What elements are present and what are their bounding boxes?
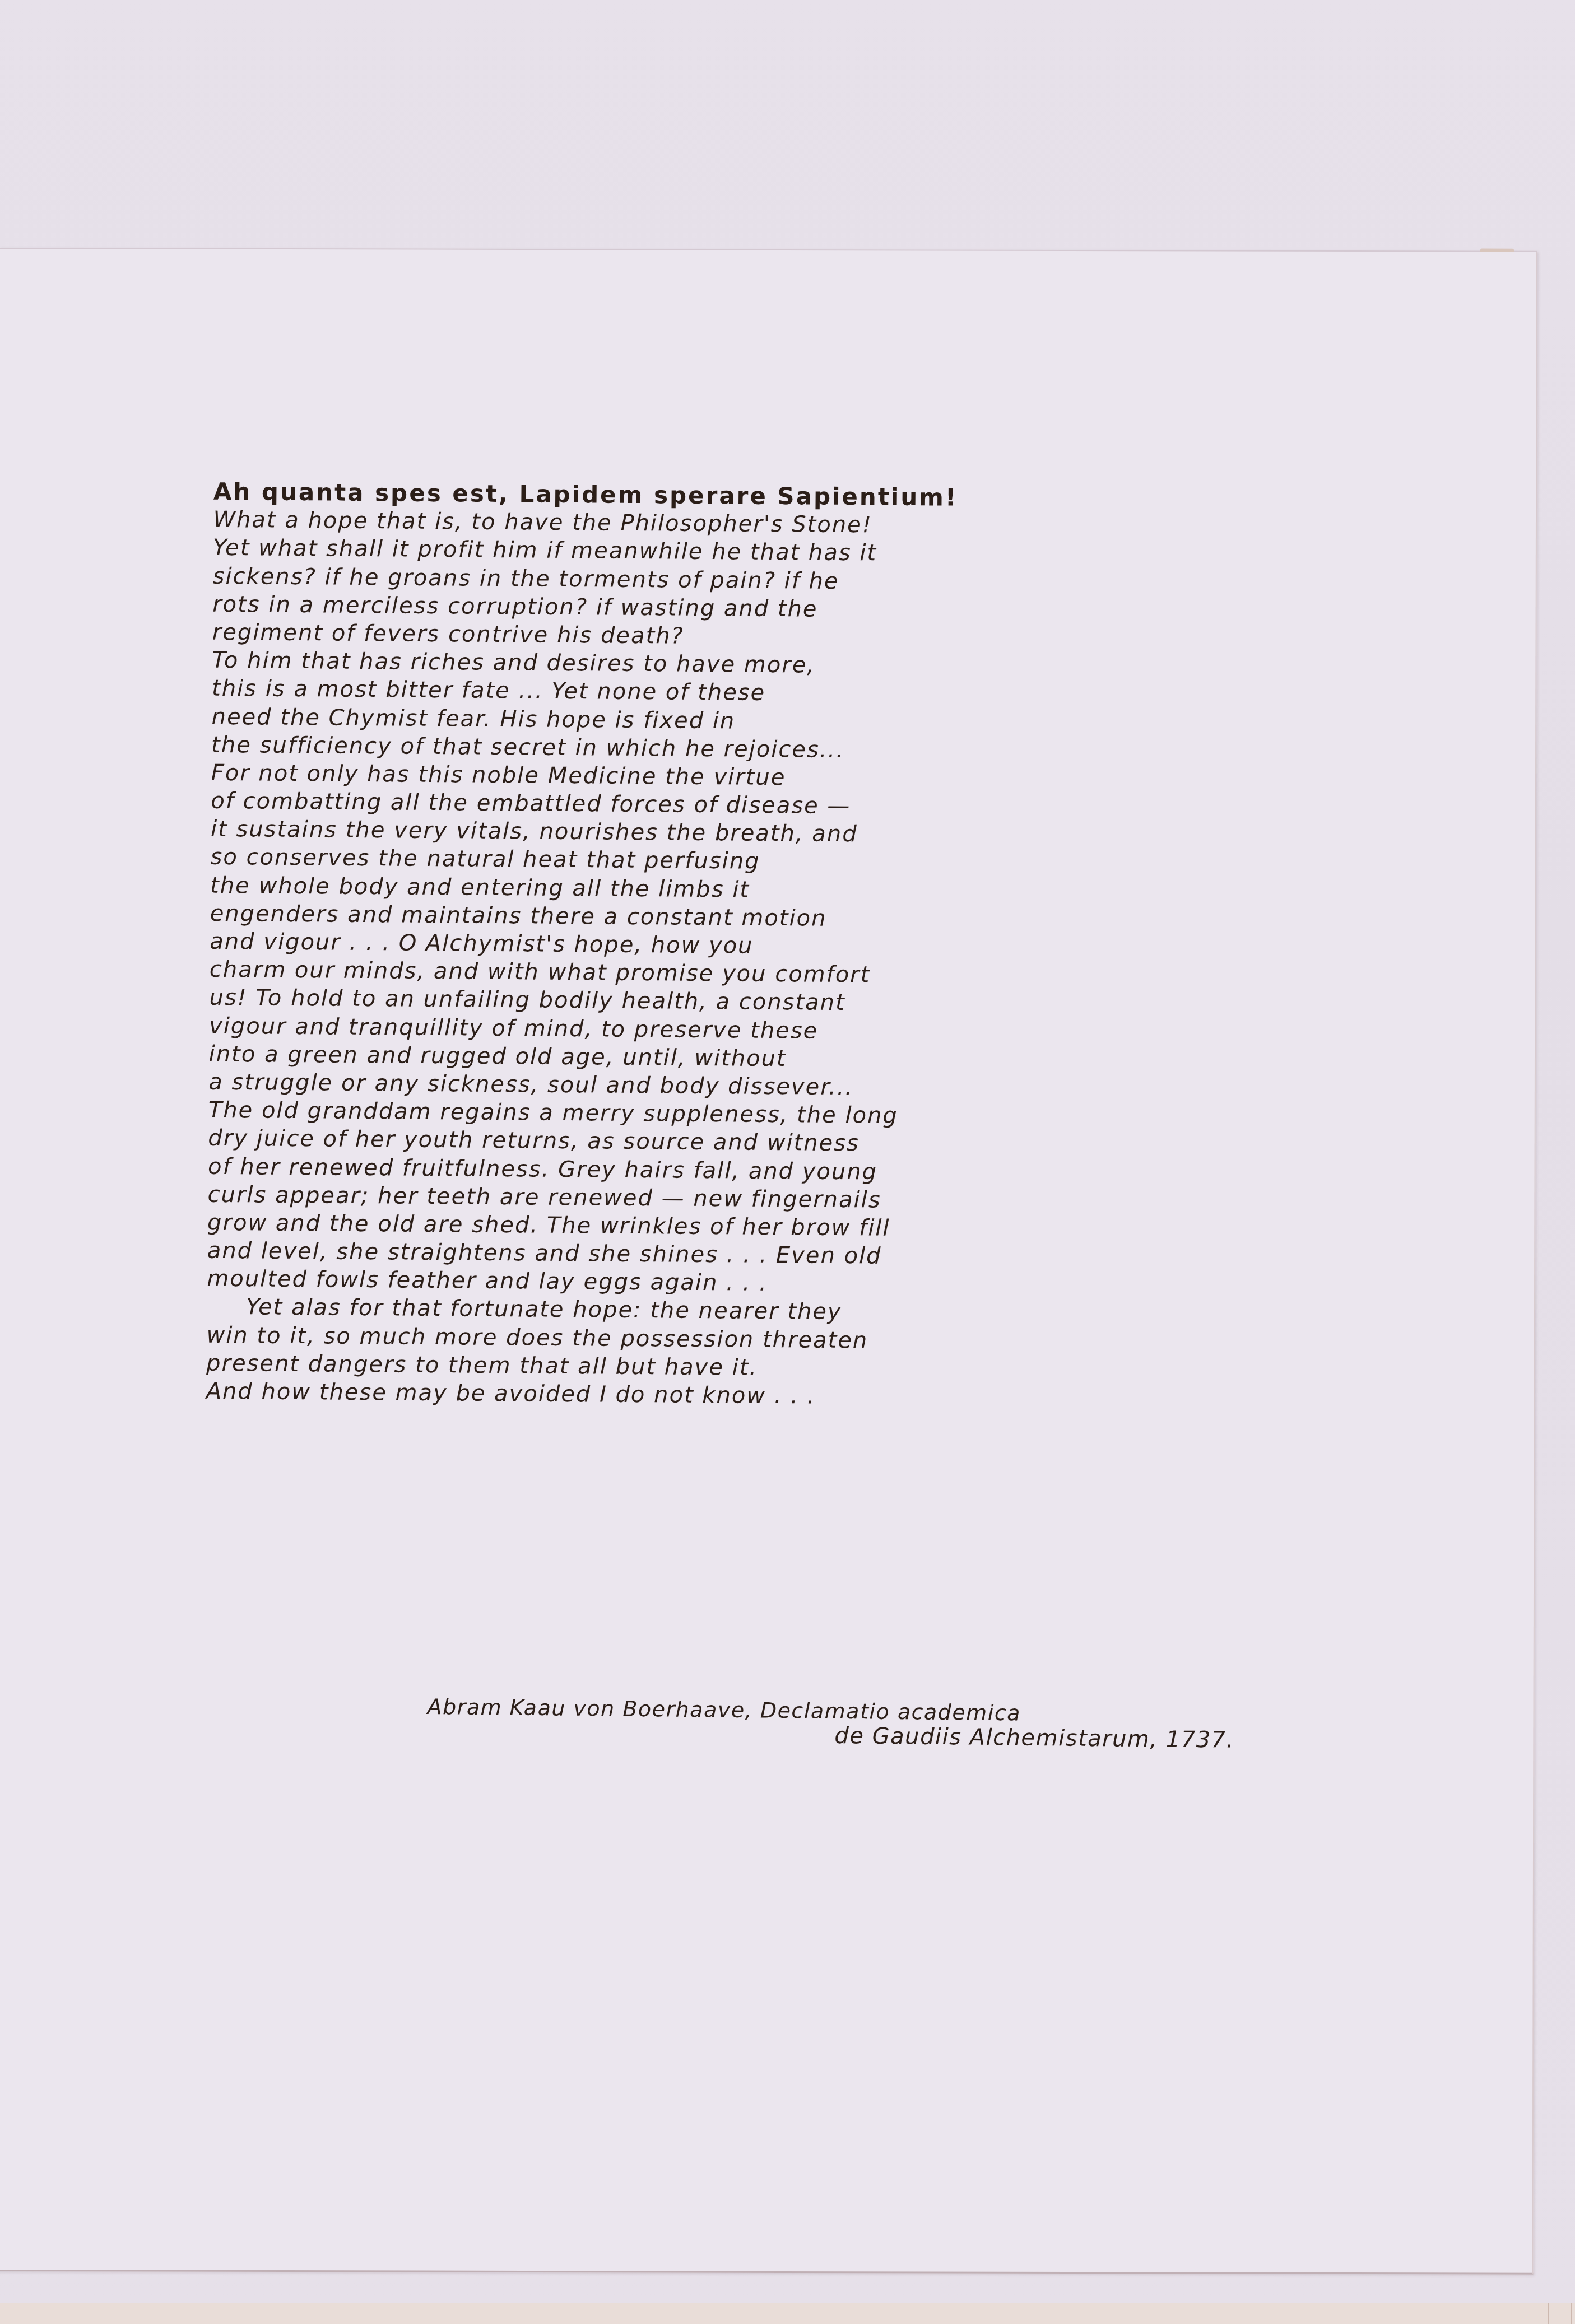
bottom-strip — [0, 2303, 1575, 2324]
paper-tear — [1480, 249, 1514, 252]
strip-seam — [1571, 2303, 1572, 2324]
handwritten-passage: Ah quanta spes est, Lapidem sperare Sapi… — [206, 478, 1111, 1413]
attribution-author: Abram Kaau von Boerhaave, Declamatio aca… — [427, 1694, 1021, 1725]
strip-seam — [1548, 2303, 1549, 2324]
attribution-work: de Gaudiis Alchemistarum, 1737. — [834, 1723, 1234, 1753]
manuscript-page: Ah quanta spes est, Lapidem sperare Sapi… — [0, 248, 1537, 2275]
